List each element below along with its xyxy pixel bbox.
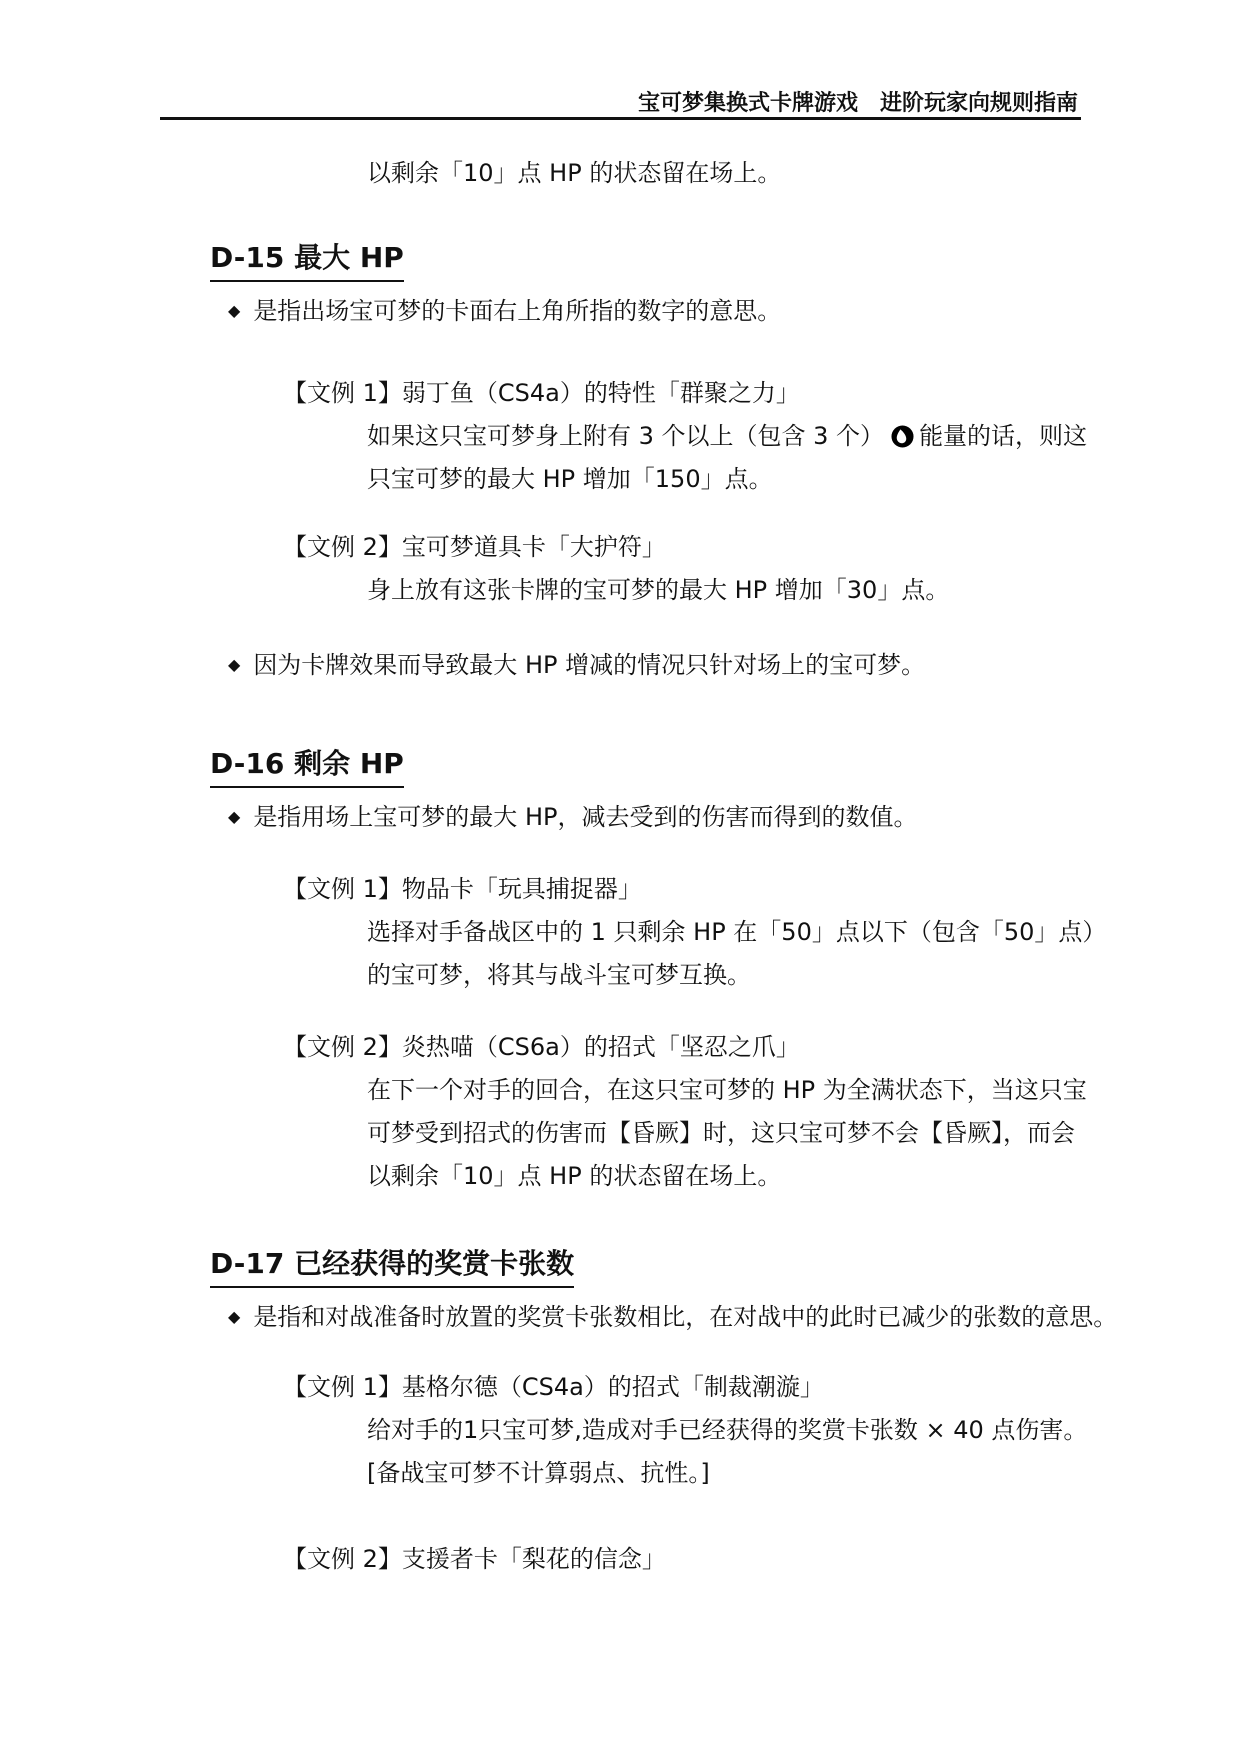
page-header-title: 宝可梦集换式卡牌游戏 进阶玩家向规则指南 xyxy=(638,86,1078,117)
example-title: 【文例 1】弱丁鱼（CS4a）的特性「群聚之力」 xyxy=(283,378,800,408)
example-title: 【文例 2】炎热喵（CS6a）的招式「坚忍之爪」 xyxy=(283,1032,800,1062)
bullet-item: ◆ 是指出场宝可梦的卡面右上角所指的数字的意思。 xyxy=(228,296,781,326)
section-heading-d17: D-17 已经获得的奖赏卡张数 xyxy=(210,1248,574,1288)
document-page: 宝可梦集换式卡牌游戏 进阶玩家向规则指南 以剩余「10」点 HP 的状态留在场上… xyxy=(0,0,1241,1755)
header-divider-rule xyxy=(160,117,1081,120)
example-title: 【文例 1】基格尔德（CS4a）的招式「制裁潮漩」 xyxy=(283,1372,824,1402)
bullet-diamond-icon: ◆ xyxy=(228,650,240,680)
section-heading-d15: D-15 最大 HP xyxy=(210,242,404,282)
example-line: 只宝可梦的最大 HP 增加「150」点。 xyxy=(367,464,773,494)
example-line: 如果这只宝可梦身上附有 3 个以上（包含 3 个）能量的话，则这 xyxy=(367,421,1087,455)
example-line: 身上放有这张卡牌的宝可梦的最大 HP 增加「30」点。 xyxy=(367,575,949,605)
example-line: 以剩余「10」点 HP 的状态留在场上。 xyxy=(367,1161,781,1191)
bullet-item: ◆ 因为卡牌效果而导致最大 HP 增减的情况只针对场上的宝可梦。 xyxy=(228,650,925,680)
example-line: 选择对手备战区中的 1 只剩余 HP 在「50」点以下（包含「50」点） xyxy=(367,917,1106,947)
example-title: 【文例 2】宝可梦道具卡「大护符」 xyxy=(283,532,666,562)
example-line-pre: 如果这只宝可梦身上附有 3 个以上（包含 3 个） xyxy=(367,422,884,450)
bullet-diamond-icon: ◆ xyxy=(228,802,240,832)
bullet-item: ◆ 是指和对战准备时放置的奖赏卡张数相比，在对战中的此时已减少的张数的意思。 xyxy=(228,1302,1117,1332)
example-title: 【文例 2】支援者卡「梨花的信念」 xyxy=(283,1544,666,1574)
example-title: 【文例 1】物品卡「玩具捕捉器」 xyxy=(283,874,642,904)
example-line: 的宝可梦，将其与战斗宝可梦互换。 xyxy=(367,960,751,990)
water-energy-icon xyxy=(891,425,914,455)
bullet-text: 是指出场宝可梦的卡面右上角所指的数字的意思。 xyxy=(253,296,781,326)
example-line: 可梦受到招式的伤害而【昏厥】时，这只宝可梦不会【昏厥】，而会 xyxy=(367,1118,1075,1148)
bullet-diamond-icon: ◆ xyxy=(228,296,240,326)
example-line: [备战宝可梦不计算弱点、抗性。] xyxy=(367,1458,710,1488)
bullet-text: 因为卡牌效果而导致最大 HP 增减的情况只针对场上的宝可梦。 xyxy=(253,650,925,680)
section-heading-d16: D-16 剩余 HP xyxy=(210,748,404,788)
bullet-text: 是指和对战准备时放置的奖赏卡张数相比，在对战中的此时已减少的张数的意思。 xyxy=(253,1302,1117,1332)
bullet-text: 是指用场上宝可梦的最大 HP，减去受到的伤害而得到的数值。 xyxy=(253,802,917,832)
bullet-diamond-icon: ◆ xyxy=(228,1302,240,1332)
continuation-line: 以剩余「10」点 HP 的状态留在场上。 xyxy=(367,158,781,188)
bullet-item: ◆ 是指用场上宝可梦的最大 HP，减去受到的伤害而得到的数值。 xyxy=(228,802,917,832)
example-line: 给对手的1只宝可梦,造成对手已经获得的奖赏卡张数 × 40 点伤害。 xyxy=(367,1415,1087,1445)
example-line: 在下一个对手的回合，在这只宝可梦的 HP 为全满状态下，当这只宝 xyxy=(367,1075,1087,1105)
example-line-post: 能量的话，则这 xyxy=(919,422,1087,450)
